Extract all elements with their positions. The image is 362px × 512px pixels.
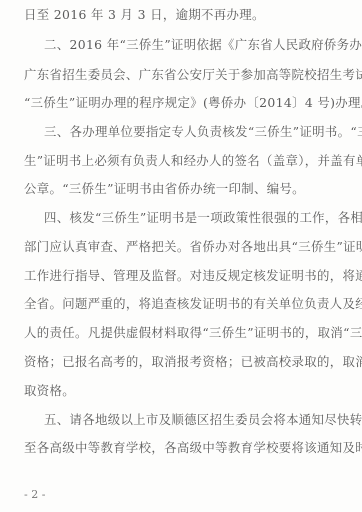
text-line: 至各高级中等教育学校，各高级中等教育学校要将该通知及时传 <box>24 440 342 456</box>
page-number: - 2 - <box>24 488 45 501</box>
paragraph-2-start: 二、2016 年“三侨生”证明依据《广东省人民政府侨务办公室、 <box>44 37 342 53</box>
document-page: 日至 2016 年 3 月 3 日，逾期不再办理。 二、2016 年“三侨生”证… <box>0 0 362 512</box>
text-line: 生”证明书上必须有负责人和经办人的签名（盖章），并盖有单位 <box>24 153 342 169</box>
paragraph-3-start: 三、各办理单位要指定专人负责核发“三侨生”证明书。“三侨 <box>44 124 342 140</box>
text-line: 工作进行指导、管理及监督。对违反规定核发证明书的，将通报 <box>24 268 342 284</box>
text-line: 公章。“三侨生”证明书由省侨办统一印制、编号。 <box>24 181 342 197</box>
paragraph-4-start: 四、核发“三侨生”证明书是一项政策性很强的工作，各相关 <box>44 210 342 226</box>
text-line: 资格；已报名高考的，取消报考资格；已被高校录取的，取消录 <box>24 354 342 370</box>
text-line: “三侨生”证明办理的程序规定》(粤侨办〔2014〕4 号)办理。 <box>24 95 342 111</box>
text-line: 取资格。 <box>24 383 342 399</box>
text-line: 全省。问题严重的，将追查核发证明书的有关单位负责人及经办 <box>24 296 342 312</box>
text-line: 日至 2016 年 3 月 3 日，逾期不再办理。 <box>24 7 342 23</box>
paragraph-5-start: 五、请各地级以上市及顺德区招生委员会将本通知尽快转发 <box>44 412 342 428</box>
text-line: 广东省招生委员会、广东省公安厅关于参加高等院校招生考试的 <box>24 67 342 83</box>
text-line: 人的责任。凡提供虚假材料取得“三侨生”证明书的，取消“三侨生” <box>24 325 342 341</box>
text-line: 部门应认真审查、严格把关。省侨办对各地出具“三侨生”证明书 <box>24 239 342 255</box>
